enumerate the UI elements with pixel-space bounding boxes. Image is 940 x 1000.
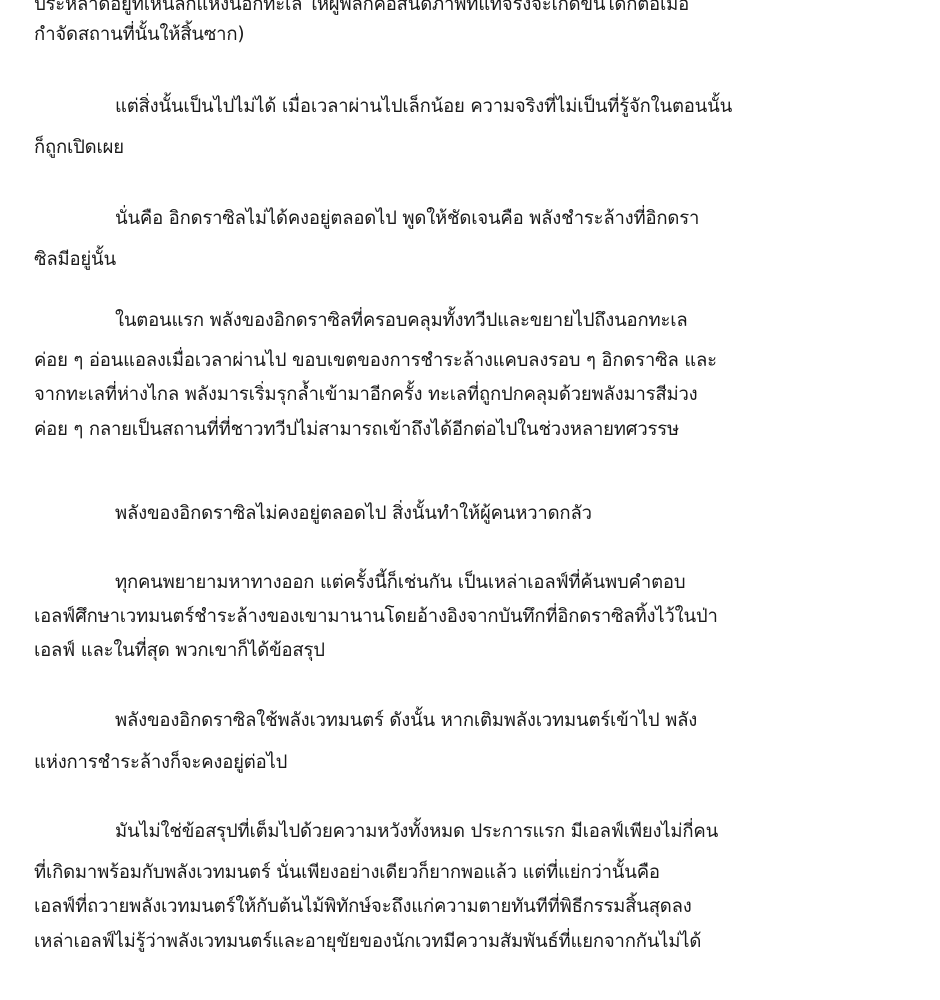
paragraph-line: ทุกคนพยายามหาทางออก แต่ครั้งนี้ก็เช่นกัน… (115, 571, 685, 595)
paragraph-line: ที่เกิดมาพร้อมกับพลังเวทมนตร์ นั่นเพียงอ… (34, 861, 660, 885)
paragraph-line: ค่อย ๆ กลายเป็นสถานที่ที่ชาวทวีปไม่สามาร… (34, 418, 679, 442)
paragraph-line: แห่งการชำระล้างก็จะคงอยู่ต่อไป (34, 751, 287, 775)
paragraph-line: แต่สิ่งนั้นเป็นไปไม่ได้ เมื่อเวลาผ่านไปเ… (115, 95, 732, 119)
document-page: ประหลาดอยู่ที่เหินลึกแห่งนอกทะเล ให้ผู้พ… (0, 0, 940, 1000)
paragraph-line: ซิลมีอยู่นั้น (34, 248, 116, 272)
paragraph-line: จากทะเลที่ห่างไกล พลังมารเริ่มรุกล้ำเข้า… (34, 383, 698, 407)
paragraph-line: ประหลาดอยู่ที่เหินลึกแห่งนอกทะเล ให้ผู้พ… (34, 0, 689, 17)
paragraph-line: กำจัดสถานที่นั้นให้สิ้นซาก) (34, 23, 244, 47)
paragraph-line: ในตอนแรก พลังของอิกดราซิลที่ครอบคลุมทั้ง… (115, 309, 687, 333)
paragraph-line: พลังของอิกดราซิลไม่คงอยู่ตลอดไป สิ่งนั้น… (115, 502, 592, 526)
paragraph-line: เอลฟ์ศึกษาเวทมนตร์ชำระล้างของเขามานานโดย… (34, 605, 718, 629)
paragraph-line: ค่อย ๆ อ่อนแอลงเมื่อเวลาผ่านไป ขอบเขตของ… (34, 349, 717, 373)
paragraph-line: เหล่าเอลฟ์ไม่รู้ว่าพลังเวทมนตร์และอายุขั… (34, 930, 701, 954)
paragraph-line: นั่นคือ อิกดราซิลไม่ได้คงอยู่ตลอดไป พูดใ… (115, 207, 699, 231)
paragraph-line: เอลฟ์ และในที่สุด พวกเขาก็ได้ข้อสรุป (34, 639, 325, 663)
paragraph-line: พลังของอิกดราซิลใช้พลังเวทมนตร์ ดังนั้น … (115, 709, 697, 733)
paragraph-line: ก็ถูกเปิดเผย (34, 136, 124, 160)
paragraph-line: มันไม่ใช่ข้อสรุปที่เต็มไปด้วยความหวังทั้… (115, 820, 718, 844)
paragraph-line: เอลฟ์ที่ถวายพลังเวทมนตร์ให้กับต้นไม้พิทั… (34, 895, 692, 919)
